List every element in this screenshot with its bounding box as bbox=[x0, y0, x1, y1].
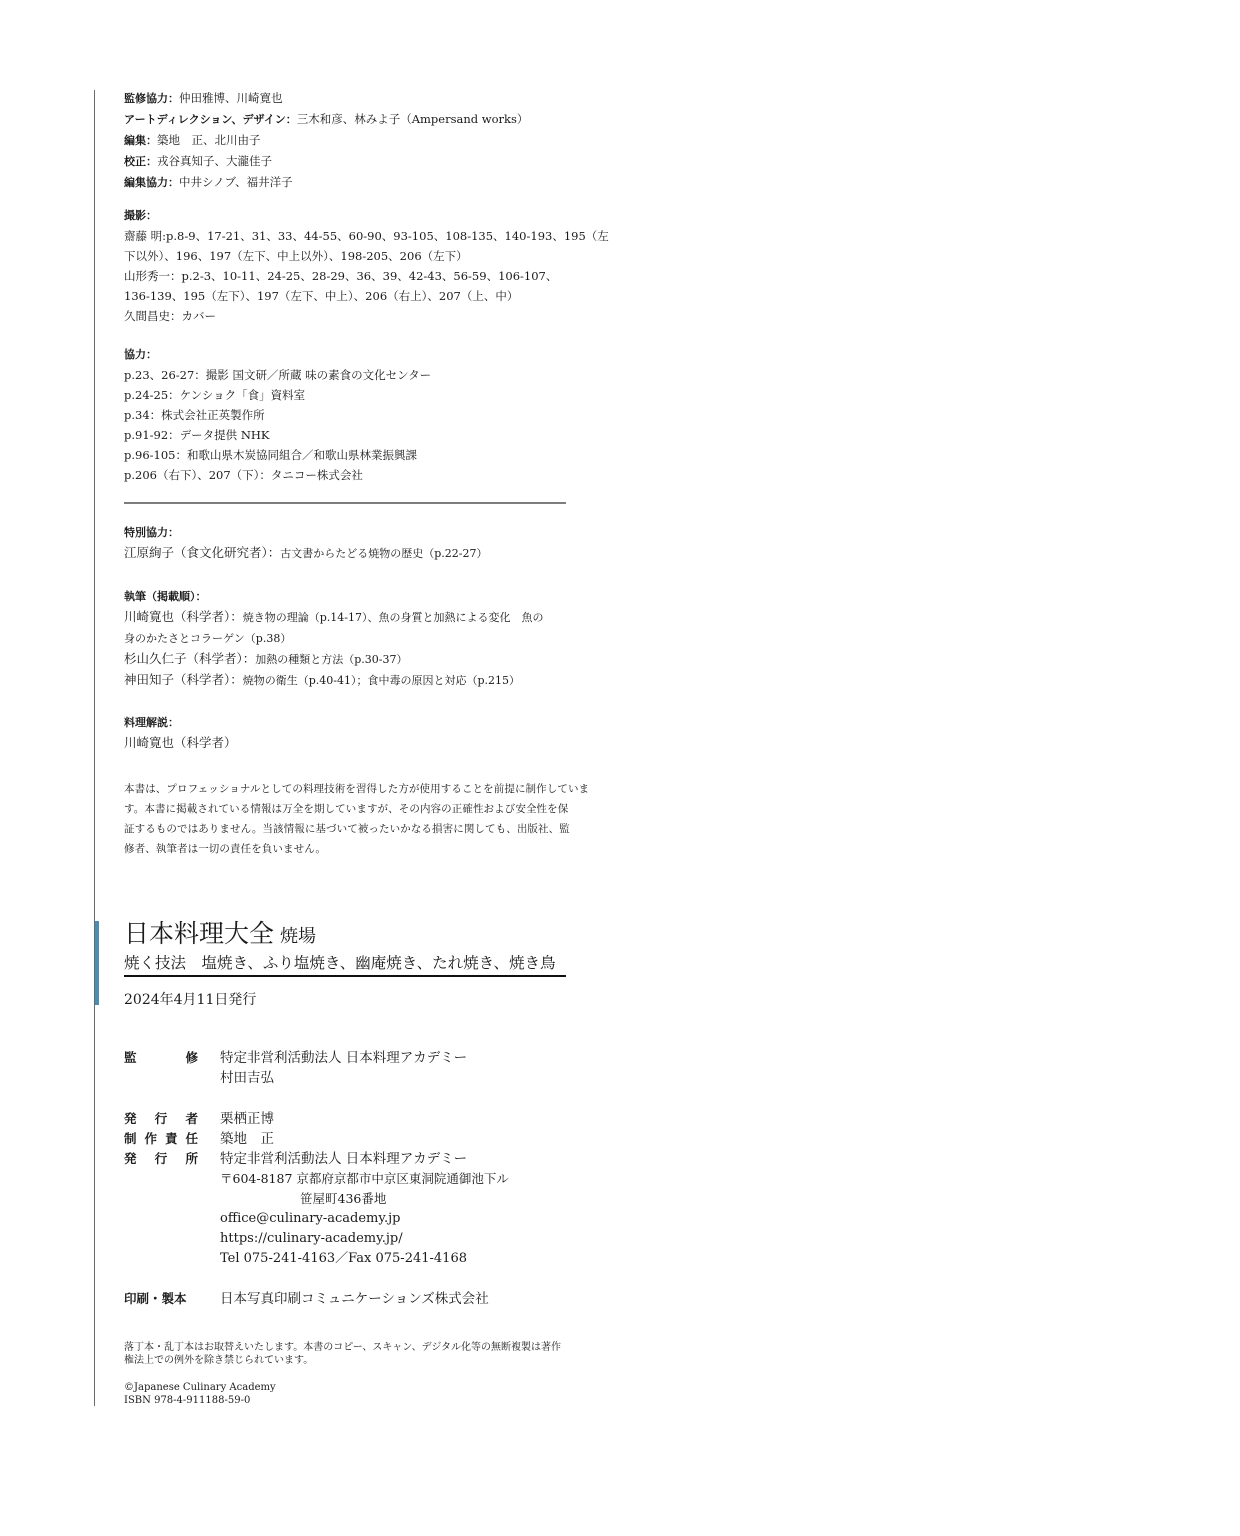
publisher-address-2: 笹屋町436番地 bbox=[124, 1189, 566, 1209]
publisher-phone: Tel 075-241-4163／Fax 075-241-4168 bbox=[124, 1249, 566, 1269]
label-char: 監 bbox=[124, 1048, 137, 1068]
url-text: https://culinary-academy.jp/ bbox=[220, 1229, 403, 1249]
email-text: office@culinary-academy.jp bbox=[220, 1209, 400, 1229]
book-title-text: 日本料理大全 bbox=[124, 919, 274, 948]
section-heading: 協力： bbox=[124, 345, 566, 365]
label-char: 者 bbox=[185, 1109, 198, 1129]
writer-name: 川崎寛也（科学者）： bbox=[124, 609, 243, 624]
book-title-block: 日本料理大全焼場 焼く技法 塩焼き、ふり塩焼き、幽庵焼き、たれ焼き、焼き鳥 20… bbox=[124, 919, 566, 1010]
colophon-supervisor-name: 村田吉弘 bbox=[124, 1068, 566, 1088]
notice-line: 落丁本・乱丁本はお取替えいたします。本書のコピー、スキャン、デジタル化等の無断複… bbox=[124, 1341, 566, 1354]
publisher-email: office@culinary-academy.jp bbox=[124, 1209, 566, 1229]
colophon-publisher-person: 発行者 栗栖正博 bbox=[124, 1109, 566, 1129]
special-cooperation-line: 江原絢子（食文化研究者）：古文書からたどる焼物の歴史（p.22-27） bbox=[124, 543, 566, 564]
title-accent-bar bbox=[95, 921, 99, 1005]
notice-line: 権法上での例外を除き禁じられています。 bbox=[124, 1354, 566, 1367]
section-heading: 特別協力： bbox=[124, 523, 566, 543]
colophon-printing: 印刷・製本 日本写真印刷コミュニケーションズ株式会社 bbox=[124, 1289, 566, 1309]
special-cooperation-section: 特別協力： 江原絢子（食文化研究者）：古文書からたどる焼物の歴史（p.22-27… bbox=[124, 523, 566, 564]
label-char: 所 bbox=[185, 1149, 198, 1169]
photo-credit-line: 山形秀一：p.2-3、10-11、24-25、28-29、36、39、42-43… bbox=[124, 266, 566, 286]
photography-section: 撮影： 齋藤 明:p.8-9、17-21、31、33、44-55、60-90、9… bbox=[124, 206, 566, 326]
label-char: 制 bbox=[124, 1129, 137, 1149]
writer-name: 神田知子（科学者）： bbox=[124, 672, 243, 687]
publisher-url: https://culinary-academy.jp/ bbox=[124, 1229, 566, 1249]
credit-line: 編集協力：中井シノブ、福井洋子 bbox=[124, 172, 566, 193]
contributor-name: 江原絢子（食文化研究者）： bbox=[124, 545, 280, 560]
label-char: 修 bbox=[185, 1048, 198, 1068]
book-title: 日本料理大全焼場 bbox=[124, 919, 566, 952]
cooperation-line: p.23、26-27：撮影 国文研／所蔵 味の素食の文化センター bbox=[124, 365, 566, 385]
writer-work: 身のかたさとコラーゲン（p.38） bbox=[124, 632, 291, 645]
colophon-label: 印刷・製本 bbox=[124, 1289, 198, 1309]
contributor-work: 古文書からたどる焼物の歴史（p.22-27） bbox=[280, 547, 487, 560]
cooking-commentary-section: 料理解説： 川崎寛也（科学者） bbox=[124, 713, 566, 753]
credit-value: 三木和彦、林みよ子（Ampersand works） bbox=[297, 112, 529, 126]
cooperation-line: p.206（右下）、207（下）：タニコー株式会社 bbox=[124, 465, 566, 485]
colophon-production: 制作責任 築地 正 bbox=[124, 1129, 566, 1149]
credit-line: アートディレクション、デザイン：三木和彦、林みよ子（Ampersand work… bbox=[124, 109, 566, 130]
label-char: 行 bbox=[155, 1109, 168, 1129]
writer-name: 杉山久仁子（科学者）： bbox=[124, 651, 255, 666]
credit-label: アートディレクション、デザイン： bbox=[124, 113, 297, 126]
label-char: 発 bbox=[124, 1109, 137, 1129]
writer-line: 身のかたさとコラーゲン（p.38） bbox=[124, 628, 566, 649]
credit-value: 戎谷真知子、大瀧佳子 bbox=[157, 154, 272, 168]
colophon-value: 特定非営利活動法人 日本料理アカデミー bbox=[220, 1048, 467, 1068]
writers-section: 執筆（掲載順）： 川崎寛也（科学者）：焼き物の理論（p.14-17）、魚の身質と… bbox=[124, 587, 566, 691]
colophon-label: 発行者 bbox=[124, 1109, 198, 1129]
commentary-author: 川崎寛也（科学者） bbox=[124, 733, 566, 753]
book-volume: 焼場 bbox=[280, 926, 316, 947]
colophon-label: 発行所 bbox=[124, 1149, 198, 1169]
credits-section: 監修協力：仲田雅博、川崎寛也 アートディレクション、デザイン：三木和彦、林みよ子… bbox=[124, 88, 566, 193]
credit-value: 築地 正、北川由子 bbox=[157, 133, 261, 147]
colophon-value: 栗栖正博 bbox=[220, 1109, 274, 1129]
disclaimer-line: 証するものではありません。当該情報に基づいて被ったいかなる損害に関しても、出版社… bbox=[124, 819, 566, 839]
disclaimer-line: 本書は、プロフェッショナルとしての料理技術を習得した方が使用することを前提に制作… bbox=[124, 779, 566, 799]
writer-line: 川崎寛也（科学者）：焼き物の理論（p.14-17）、魚の身質と加熱による変化 魚… bbox=[124, 607, 566, 628]
footer-notice: 落丁本・乱丁本はお取替えいたします。本書のコピー、スキャン、デジタル化等の無断複… bbox=[124, 1341, 566, 1367]
colophon-value: 特定非営利活動法人 日本料理アカデミー bbox=[220, 1149, 467, 1169]
writer-work: 焼物の衛生（p.40-41）；食中毒の原因と対応（p.215） bbox=[243, 674, 520, 687]
writer-line: 神田知子（科学者）：焼物の衛生（p.40-41）；食中毒の原因と対応（p.215… bbox=[124, 670, 566, 691]
photo-credit-line: 齋藤 明:p.8-9、17-21、31、33、44-55、60-90、93-10… bbox=[124, 226, 566, 246]
copyright-text: ©Japanese Culinary Academy bbox=[124, 1381, 566, 1394]
book-subtitle: 焼く技法 塩焼き、ふり塩焼き、幽庵焼き、たれ焼き、焼き鳥 bbox=[124, 952, 566, 977]
photo-credit-line: 久間昌史：カバー bbox=[124, 306, 566, 326]
disclaimer-line: す。本書に掲載されている情報は万全を期していますが、その内容の正確性および安全性… bbox=[124, 799, 566, 819]
credit-label: 監修協力： bbox=[124, 92, 179, 105]
section-divider bbox=[124, 502, 566, 504]
address-line: 笹屋町436番地 bbox=[300, 1189, 386, 1209]
label-char: 責 bbox=[165, 1129, 178, 1149]
writer-work: 加熱の種類と方法（p.30-37） bbox=[255, 653, 407, 666]
cooperation-line: p.91-92：データ提供 NHK bbox=[124, 425, 566, 445]
cooperation-section: 協力： p.23、26-27：撮影 国文研／所蔵 味の素食の文化センター p.2… bbox=[124, 345, 566, 485]
label-char: 任 bbox=[185, 1129, 198, 1149]
colophon-label: 監修 bbox=[124, 1048, 198, 1068]
cooperation-line: p.34：株式会社正英製作所 bbox=[124, 405, 566, 425]
credit-line: 編集：築地 正、北川由子 bbox=[124, 130, 566, 151]
section-heading: 料理解説： bbox=[124, 713, 566, 733]
disclaimer-line: 修者、執筆者は一切の責任を負いません。 bbox=[124, 839, 566, 859]
label-char: 発 bbox=[124, 1149, 137, 1169]
cooperation-line: p.96-105：和歌山県木炭協同組合／和歌山県林業振興課 bbox=[124, 445, 566, 465]
credit-line: 監修協力：仲田雅博、川崎寛也 bbox=[124, 88, 566, 109]
colophon-value: 築地 正 bbox=[220, 1129, 274, 1149]
credit-label: 編集： bbox=[124, 134, 157, 147]
colophon-value: 日本写真印刷コミュニケーションズ株式会社 bbox=[220, 1289, 489, 1309]
colophon-label: 制作責任 bbox=[124, 1129, 198, 1149]
photo-credit-line: 136-139、195（左下）、197（左下、中上）、206（右上）、207（上… bbox=[124, 286, 566, 306]
colophon-value: 村田吉弘 bbox=[220, 1068, 274, 1088]
address-line: 〒604-8187 京都府京都市中京区東洞院通御池下ル bbox=[220, 1169, 509, 1189]
left-margin-rule bbox=[94, 90, 95, 1406]
colophon: 監修 特定非営利活動法人 日本料理アカデミー 村田吉弘 発行者 栗栖正博 制作責… bbox=[124, 1048, 566, 1309]
disclaimer: 本書は、プロフェッショナルとしての料理技術を習得した方が使用することを前提に制作… bbox=[124, 779, 566, 859]
credit-value: 中井シノブ、福井洋子 bbox=[179, 175, 293, 189]
credit-label: 編集協力： bbox=[124, 176, 179, 189]
footer-copyright: ©Japanese Culinary Academy ISBN 978-4-91… bbox=[124, 1381, 566, 1407]
publish-date: 2024年4月11日発行 bbox=[124, 990, 566, 1010]
isbn-text: ISBN 978-4-911188-59-0 bbox=[124, 1394, 566, 1407]
section-heading: 執筆（掲載順）： bbox=[124, 587, 566, 607]
label-char: 行 bbox=[155, 1149, 168, 1169]
cooperation-line: p.24-25：ケンショク「食」資料室 bbox=[124, 385, 566, 405]
credit-line: 校正：戎谷真知子、大瀧佳子 bbox=[124, 151, 566, 172]
label-char: 作 bbox=[144, 1129, 157, 1149]
writer-work: 焼き物の理論（p.14-17）、魚の身質と加熱による変化 魚の bbox=[243, 611, 544, 624]
phone-text: Tel 075-241-4163／Fax 075-241-4168 bbox=[220, 1249, 467, 1269]
colophon-supervision: 監修 特定非営利活動法人 日本料理アカデミー bbox=[124, 1048, 566, 1068]
photo-credit-line: 下以外）、196、197（左下、中上以外）、198-205、206（左下） bbox=[124, 246, 566, 266]
credit-value: 仲田雅博、川崎寛也 bbox=[179, 91, 283, 105]
publisher-address: 〒604-8187 京都府京都市中京区東洞院通御池下ル bbox=[124, 1169, 566, 1189]
colophon-publisher: 発行所 特定非営利活動法人 日本料理アカデミー bbox=[124, 1149, 566, 1169]
credit-label: 校正： bbox=[124, 155, 157, 168]
section-heading: 撮影： bbox=[124, 206, 566, 226]
writer-line: 杉山久仁子（科学者）：加熱の種類と方法（p.30-37） bbox=[124, 649, 566, 670]
